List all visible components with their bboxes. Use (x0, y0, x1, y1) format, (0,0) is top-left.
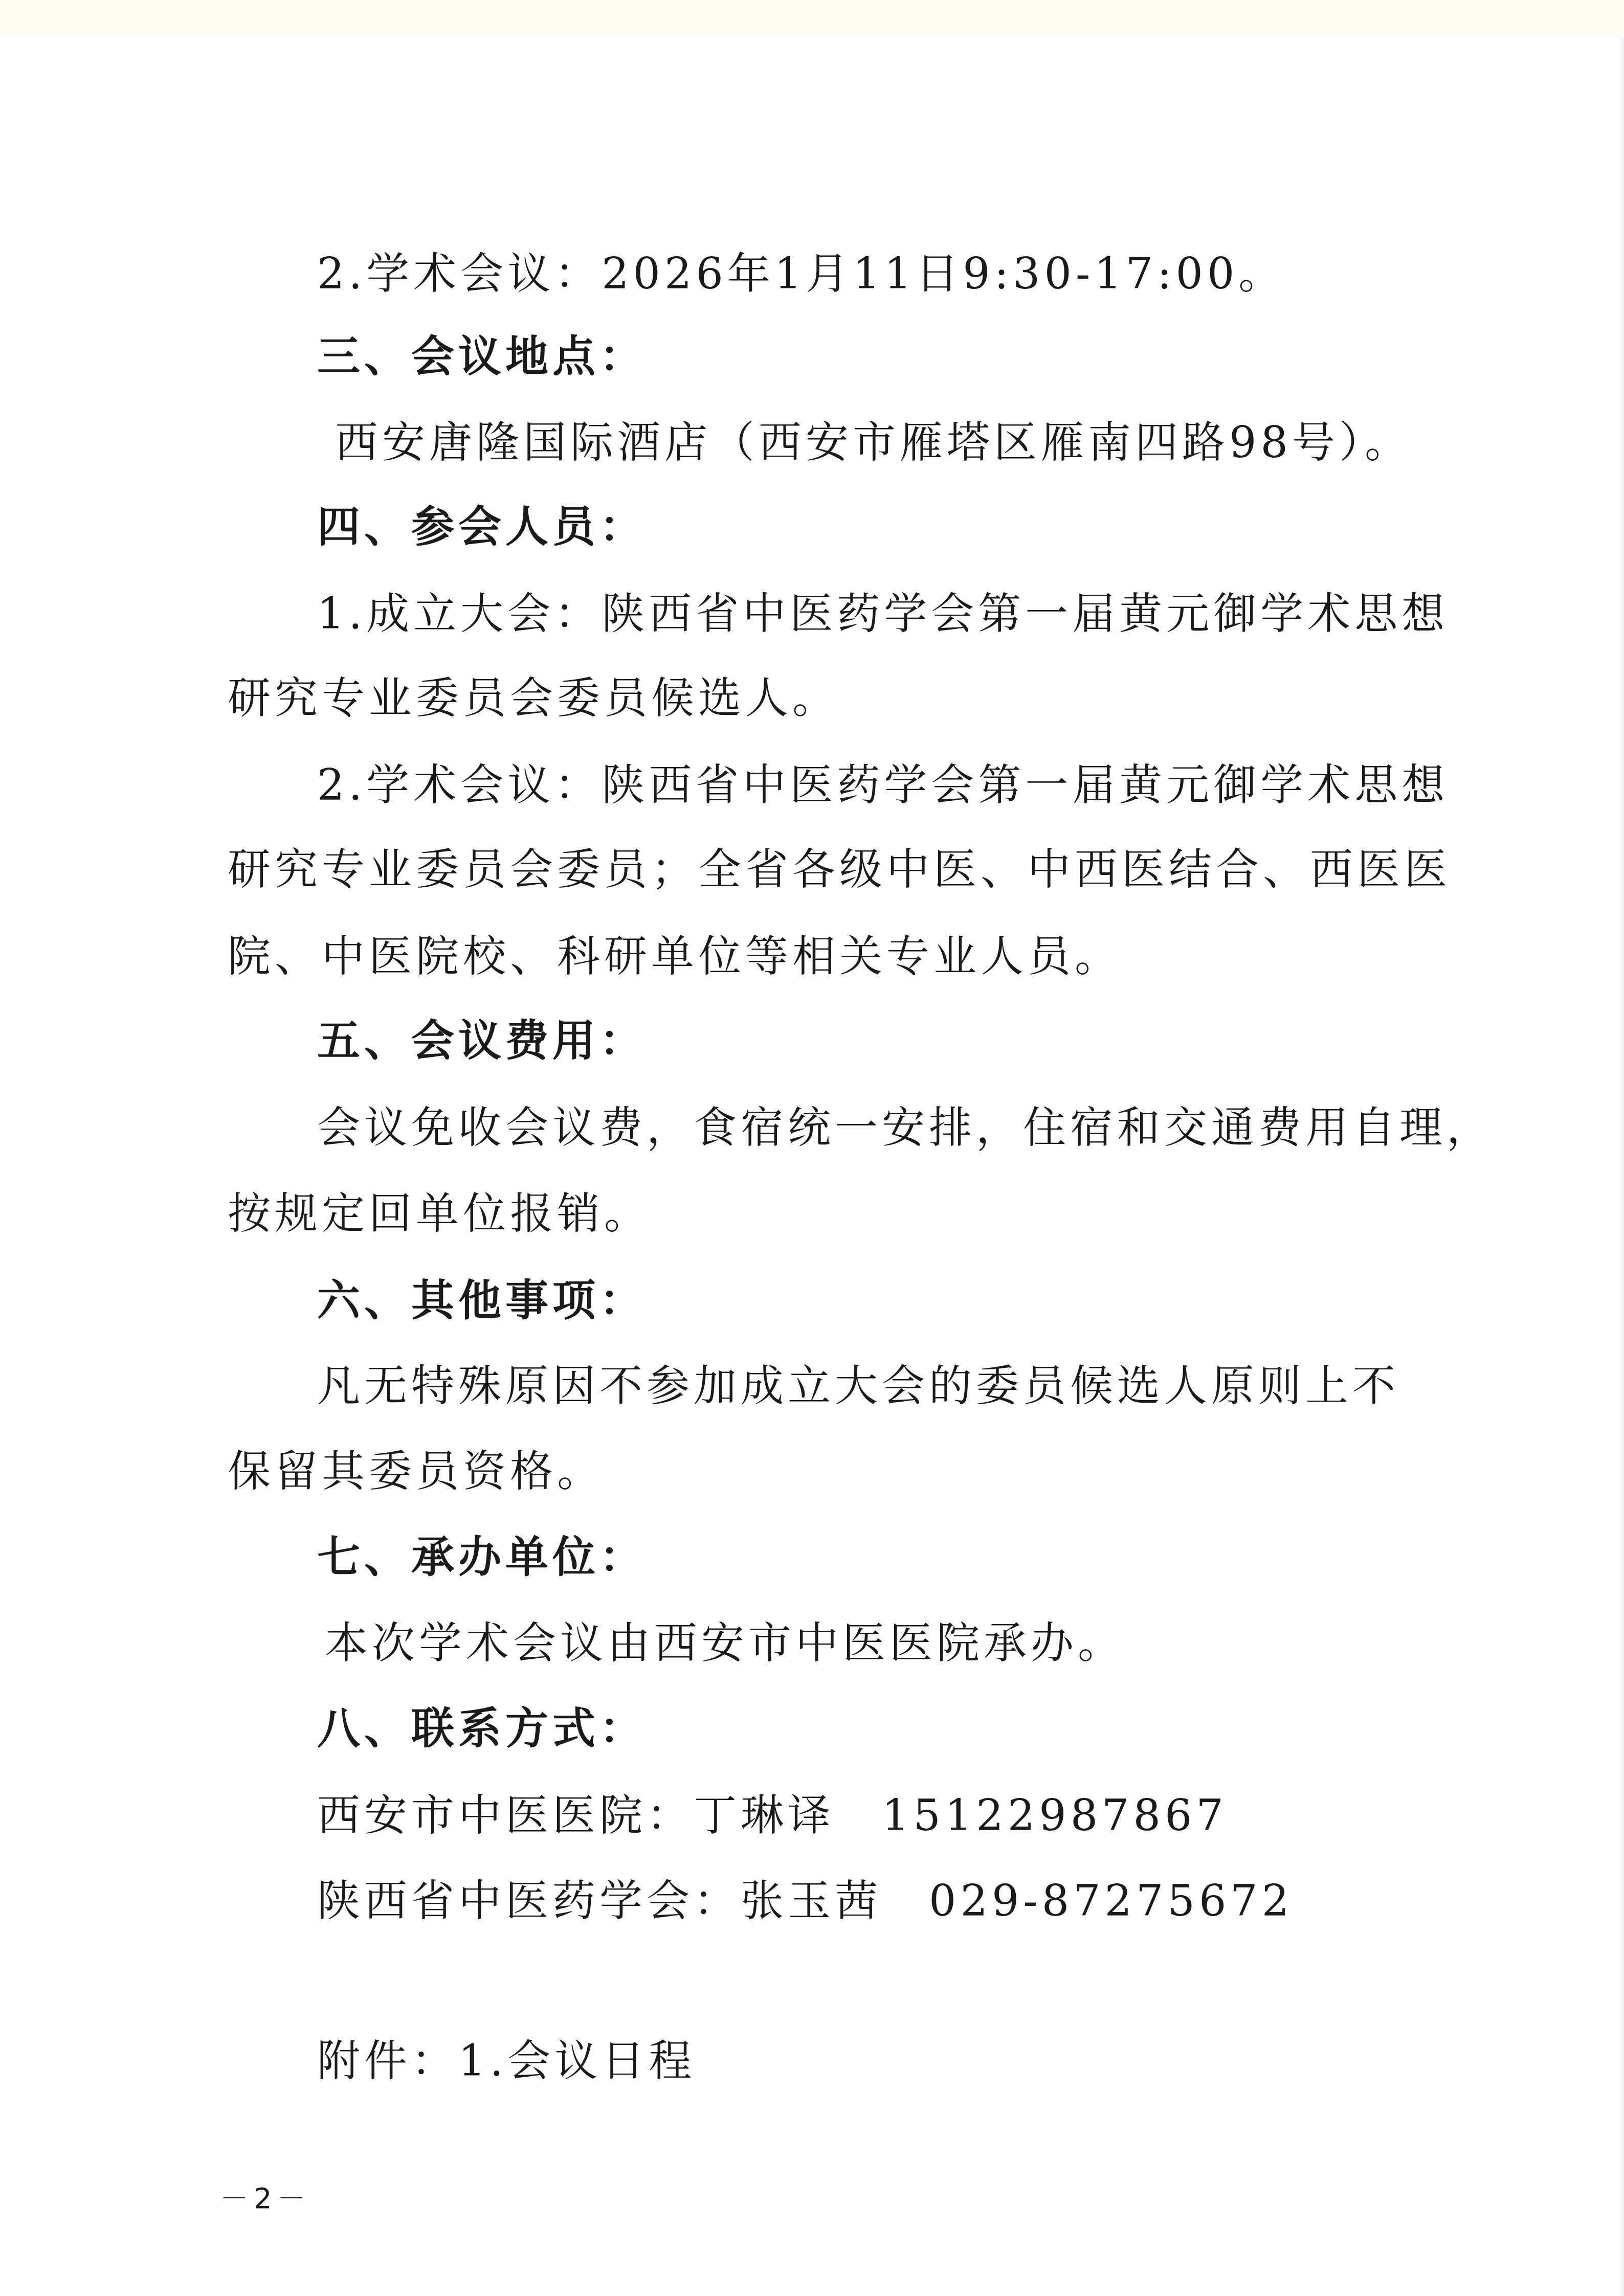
contact-shaanxi-association: 陕西省中医药学会：张玉茜 029-87275672 (317, 1873, 1293, 1929)
fees-description-cont: 按规定回单位报销。 (228, 1185, 651, 1242)
venue-address: 西安唐隆国际酒店（西安市雁塔区雁南四路98号）。 (335, 414, 1412, 470)
attendees-academic-meeting-cont-2: 院、中医院校、科研单位等相关专业人员。 (228, 928, 1122, 984)
section-heading-fees: 五、会议费用： (317, 1012, 647, 1069)
organizer-description: 本次学术会议由西安市中医医院承办。 (325, 1615, 1125, 1671)
attendees-founding-meeting: 1.成立大会：陕西省中医药学会第一届黄元御学术思想 (317, 586, 1449, 642)
attendees-academic-meeting: 2.学术会议：陕西省中医药学会第一届黄元御学术思想 (317, 757, 1449, 813)
page-number: －2－ (220, 2181, 311, 2217)
section-heading-organizer: 七、承办单位： (317, 1529, 647, 1585)
other-matters-cont: 保留其委员资格。 (228, 1443, 604, 1499)
section-heading-contact: 八、联系方式： (317, 1700, 647, 1757)
attendees-academic-meeting-cont-1: 研究专业委员会委员；全省各级中医、中西医结合、西医医 (228, 841, 1451, 897)
section-heading-other: 六、其他事项： (317, 1272, 647, 1329)
attendees-founding-meeting-cont: 研究专业委员会委员候选人。 (228, 670, 839, 726)
document-page: 2.学术会议：2026年1月11日9:30-17:00。 三、会议地点： 西安唐… (0, 0, 1624, 2296)
attachment-list: 附件：1.会议日程 (317, 2033, 696, 2089)
section-heading-attendees: 四、参会人员： (317, 499, 647, 555)
section-heading-venue: 三、会议地点： (317, 328, 647, 385)
fees-description: 会议免收会议费，食宿统一安排，住宿和交通费用自理， (317, 1099, 1494, 1156)
other-matters: 凡无特殊原因不参加成立大会的委员候选人原则上不 (317, 1358, 1399, 1414)
schedule-academic-meeting: 2.学术会议：2026年1月11日9:30-17:00。 (317, 245, 1285, 302)
contact-xian-hospital: 西安市中医医院：丁琳译 15122987867 (317, 1787, 1228, 1843)
